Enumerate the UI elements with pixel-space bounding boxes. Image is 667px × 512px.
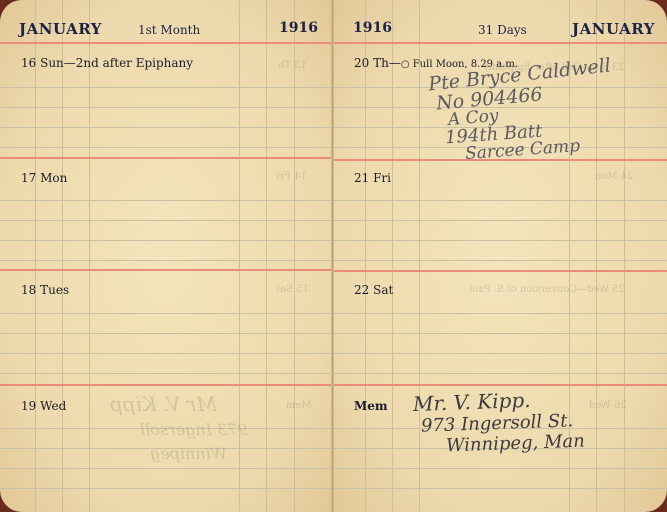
diary-spread: JANUARY 1st Month 1916 16 Sun—2nd after …: [0, 0, 667, 512]
days-in-month: 31 Days: [478, 23, 527, 37]
day-divider-red-rule: [0, 384, 333, 386]
ruling-horizontal: [0, 127, 333, 128]
day-entry-18: 18 Tues: [21, 283, 69, 297]
bleed-through-text: 13 Th: [278, 60, 307, 71]
month-title: JANUARY: [19, 20, 102, 38]
ruling-vertical: [419, 0, 420, 512]
ruling-horizontal: [0, 107, 333, 108]
right-page: 1916 31 Days JANUARY 20 Th—○ Full Moon, …: [333, 0, 667, 512]
bleed-through-text: 25 Wed—Conversion of S. Paul: [469, 284, 625, 295]
ruling-horizontal: [0, 200, 333, 201]
day-divider-red-rule: [333, 384, 667, 386]
ruling-horizontal: [333, 200, 667, 201]
day-entry-16: 16 Sun—2nd after Epiphany: [21, 56, 193, 70]
header-red-rule: [0, 42, 333, 44]
bleed-through-text: 15 Sat: [276, 284, 309, 295]
ruling-horizontal: [0, 313, 333, 314]
ruling-horizontal: [333, 488, 667, 489]
ruling-horizontal: [333, 333, 667, 334]
ruling-horizontal: [0, 353, 333, 354]
ruling-horizontal: [333, 313, 667, 314]
ruling-horizontal: [0, 220, 333, 221]
left-page: JANUARY 1st Month 1916 16 Sun—2nd after …: [0, 0, 333, 512]
ruling-vertical: [89, 0, 90, 512]
ruling-vertical: [365, 0, 366, 512]
header-red-rule: [333, 42, 667, 44]
day-divider-red-rule: [333, 270, 667, 272]
ruling-vertical: [266, 0, 267, 512]
day-entry-17: 17 Mon: [21, 171, 67, 185]
bleed-through-text: 26 Wed: [589, 400, 627, 411]
book-gutter: [331, 0, 334, 512]
day-divider-red-rule: [0, 157, 333, 159]
handwritten-memo-city: Winnipeg, Man: [446, 431, 585, 457]
ruling-vertical: [35, 0, 36, 512]
ruling-horizontal: [333, 240, 667, 241]
ruling-horizontal: [333, 468, 667, 469]
day-divider-red-rule: [0, 269, 333, 271]
ruling-vertical: [624, 0, 625, 512]
ruling-vertical: [294, 0, 295, 512]
year-label: 1916: [279, 20, 318, 36]
ruling-horizontal: [333, 373, 667, 374]
ruling-vertical: [62, 0, 63, 512]
bleed-through-text: Mem: [286, 400, 312, 411]
year-label: 1916: [353, 20, 392, 36]
ruling-horizontal: [333, 260, 667, 261]
day-entry-19: 19 Wed: [21, 399, 66, 413]
ruling-horizontal: [0, 87, 333, 88]
month-number: 1st Month: [138, 23, 200, 37]
memo-label: Mem: [354, 399, 388, 413]
ruling-horizontal: [0, 373, 333, 374]
bleed-through-handwriting: 973 Ingersoll: [140, 420, 248, 439]
ruling-horizontal: [0, 488, 333, 489]
month-title: JANUARY: [572, 20, 655, 38]
bleed-through-handwriting: Winnipeg: [150, 444, 227, 463]
ruling-horizontal: [333, 353, 667, 354]
ruling-horizontal: [0, 333, 333, 334]
ruling-horizontal: [333, 220, 667, 221]
ruling-horizontal: [0, 240, 333, 241]
day-entry-22: 22 Sat: [354, 283, 393, 297]
ruling-horizontal: [0, 468, 333, 469]
bleed-through-text: 14 Fri: [276, 171, 307, 182]
ruling-horizontal: [0, 147, 333, 148]
ruling-horizontal: [0, 260, 333, 261]
ruling-vertical: [392, 0, 393, 512]
bleed-through-text: 24 Mon: [595, 171, 634, 182]
day-entry-21: 21 Fri: [354, 171, 391, 185]
bleed-through-handwriting: Mr V. Kipp: [110, 392, 217, 416]
